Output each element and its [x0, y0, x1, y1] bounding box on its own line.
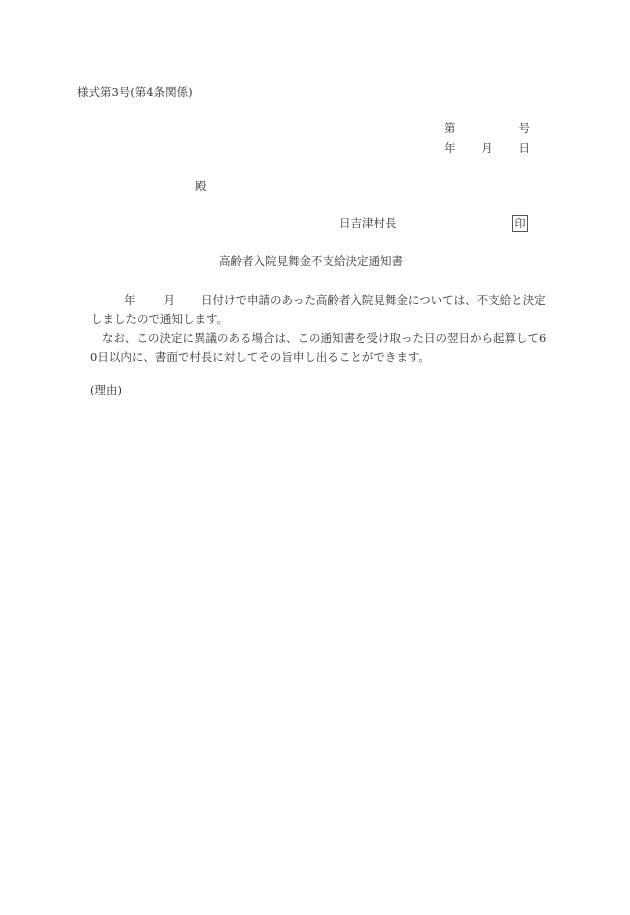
- addressee-honorific: 殿: [195, 181, 207, 193]
- document-number-line: 第 号: [444, 123, 530, 135]
- document-number-prefix: 第: [444, 123, 456, 135]
- seal-stamp-box: 印: [512, 215, 528, 232]
- document-number-suffix: 号: [519, 123, 531, 135]
- date-year: 年: [444, 143, 456, 155]
- body-month-label: 月: [164, 293, 176, 307]
- seal-icon: 印: [515, 218, 526, 229]
- reason-label: (理由): [90, 385, 122, 397]
- document-title: 高齢者入院見舞金不支給決定通知書: [219, 256, 403, 268]
- body-line-2: しましたので通知します。: [91, 314, 228, 326]
- form-number: 様式第3号(第4条関係): [77, 87, 193, 99]
- issue-date-line: 年 月 日: [444, 143, 530, 155]
- date-day: 日: [519, 143, 531, 155]
- body-line-1: 年月日付けで申請のあった高齢者入院見舞金については、不支給と決定: [124, 295, 546, 307]
- date-month: 月: [481, 143, 493, 155]
- body-line-4: 0日以内に、書面で村長に対してその旨申し出ることができます。: [90, 352, 430, 364]
- body-line-1-text: 日付けで申請のあった高齢者入院見舞金については、不支給と決定: [201, 293, 546, 307]
- body-year-label: 年: [124, 293, 136, 307]
- body-line-3: なお、この決定に異議のある場合は、この通知書を受け取った日の翌日から起算して6: [102, 333, 546, 345]
- issuer-name: 日吉津村長: [339, 218, 397, 230]
